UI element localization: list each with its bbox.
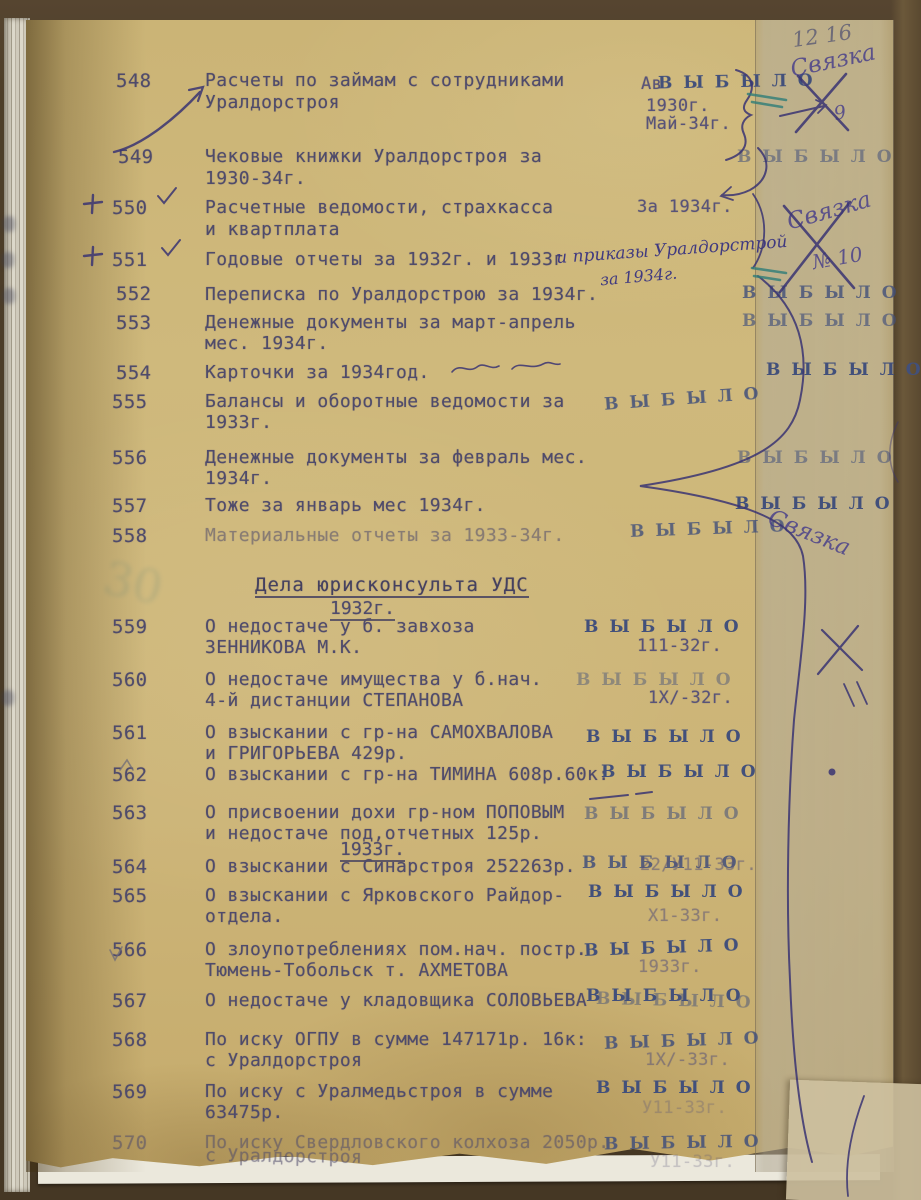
entry-number: 566 <box>112 939 148 961</box>
vybylo-stamp: ВЫБЫЛО <box>586 727 752 747</box>
entry-number: 564 <box>112 856 148 878</box>
vybylo-stamp: ВЫБЫЛО <box>596 1078 762 1098</box>
entry-line: Карточки за 1934год. <box>205 362 430 383</box>
date-line: 1930г. <box>646 96 710 116</box>
entry-line: О недостаче у б. завхоза <box>205 616 475 637</box>
entry-number: 559 <box>112 616 148 638</box>
entry-number: 554 <box>116 362 152 384</box>
entry-line: мес. 1934г. <box>205 333 329 354</box>
entry-line: О взыскании с Ярковского Райдор- <box>205 885 565 906</box>
vybylo-stamp-double: ВЫБЫЛО <box>596 989 762 1013</box>
entry-line: с Уралдорстроя <box>205 1050 362 1071</box>
date-line: 22/У11-33г. <box>640 855 757 875</box>
entry-line: отдела. <box>205 906 284 927</box>
date-line: За 1934г. <box>637 197 733 217</box>
entry-number: 561 <box>112 722 148 744</box>
entry-line: По иску с Уралмедьстроя в сумме <box>205 1081 553 1102</box>
entry-number: 565 <box>112 885 148 907</box>
date-line: У11-33г. <box>650 1152 735 1172</box>
vybylo-stamp: ВЫБЫЛО <box>604 1132 770 1155</box>
entry-line: Годовые отчеты за 1932г. и 1933г <box>205 249 565 270</box>
entry-line: О взыскании с Синарстроя 252263р. <box>205 856 576 877</box>
entry-line: Уралдорстроя <box>205 92 340 113</box>
date-line: 1933г. <box>638 957 702 977</box>
entry-number: 560 <box>112 669 148 691</box>
vybylo-stamp: ВЫБЫЛО <box>735 494 901 514</box>
date-line: X1-33г. <box>648 906 722 926</box>
entry-line: Тоже за январь мес 1934г. <box>205 495 486 516</box>
bleed-through-mark <box>3 288 15 304</box>
entry-line: Переписка по Уралдорстрою за 1934г. <box>205 284 598 305</box>
vybylo-stamp: ВЫБЫЛО <box>766 360 921 380</box>
entry-number: 569 <box>112 1081 148 1103</box>
entry-line: О взыскании с гр-на САМОХВАЛОВА <box>205 722 553 743</box>
tape-strip <box>755 20 894 1172</box>
entry-number: 551 <box>112 249 148 271</box>
date-line: Май-34г. <box>646 114 731 134</box>
entry-line: Расчетные ведомости, страхкасса <box>205 197 553 218</box>
entry-number: 550 <box>112 197 148 219</box>
entry-line: О взыскании с гр-на ТИМИНА 608р.60к: <box>205 764 610 785</box>
entry-line: Денежные документы за март-апрель <box>205 312 576 333</box>
vybylo-stamp: ВЫБЫЛО <box>737 147 903 167</box>
entry-line: О злоупотреблениях пом.нач. постр. <box>205 939 587 960</box>
date-line: У11-33г. <box>642 1098 727 1118</box>
entry-number: 552 <box>116 283 152 305</box>
vybylo-stamp: ВЫБЫЛО <box>737 448 903 468</box>
entry-line: с Уралдорстроя <box>205 1145 363 1168</box>
entry-line: Материальные отчеты за 1933-34г. <box>205 525 565 546</box>
entry-line: 1934г. <box>205 468 272 489</box>
vybylo-stamp: ВЫБЫЛО <box>584 617 750 637</box>
entry-number: 568 <box>112 1029 148 1051</box>
vybylo-stamp: ВЫБЫЛО <box>588 882 754 902</box>
entry-line: О присвоении дохи гр-ном ПОПОВЫМ <box>205 802 565 823</box>
bleed-through-mark <box>2 690 14 706</box>
entry-number: 562 <box>112 764 148 786</box>
entry-line: О недостаче имущества у б.нач. <box>205 669 542 690</box>
entry-line: и ГРИГОРЬЕВА 429р. <box>205 743 407 764</box>
entry-line: О недостаче у кладовщика СОЛОВЬЕВА <box>205 990 587 1011</box>
scanned-document-page: 30 548 Расчеты по займам с сотрудниками … <box>0 0 921 1200</box>
entry-line: Денежные документы за февраль мес. <box>205 447 587 468</box>
entry-line: 1933г. <box>205 412 272 433</box>
entry-line: 4-й дистанции СТЕПАНОВА <box>205 690 463 711</box>
vybylo-stamp: ВЫБЫЛО <box>601 762 767 782</box>
entry-line: Балансы и оборотные ведомости за <box>205 391 565 412</box>
vybylo-stamp: ВЫБЫЛО <box>742 283 908 303</box>
entry-line: Тюмень-Тобольск т. АХМЕТОВА <box>205 960 508 981</box>
entry-number: 567 <box>112 990 148 1012</box>
entry-line: 1930-34г. <box>205 168 306 189</box>
entry-number: 557 <box>112 495 148 517</box>
entry-number: 548 <box>116 70 152 92</box>
date-line: 111-32г. <box>637 636 722 656</box>
entry-line: 63475р. <box>205 1102 284 1123</box>
vybylo-stamp: ВЫБЫЛО <box>584 804 750 824</box>
entry-number: 558 <box>112 525 148 547</box>
entry-line: и квартплата <box>205 219 340 240</box>
entry-line: ЗЕННИКОВА М.К. <box>205 637 362 658</box>
bleed-through-mark <box>3 216 15 232</box>
date-line: 1X/-32г. <box>648 688 733 708</box>
entry-number: 555 <box>112 391 148 413</box>
entry-line: По иску ОГПУ в сумме 147171р. 16к: <box>205 1029 587 1050</box>
book-backing-edge <box>891 0 921 1200</box>
entry-line: Чековые книжки Уралдорстроя за <box>205 146 542 167</box>
entry-number: 553 <box>116 312 152 334</box>
entry-number: 549 <box>118 146 154 168</box>
section-title: Дела юрисконсульта УДС <box>255 574 529 598</box>
entry-number: 570 <box>112 1132 148 1154</box>
vybylo-stamp: ВЫБЫЛО <box>576 670 742 690</box>
bleed-through-mark <box>2 252 14 268</box>
entry-number: 556 <box>112 447 148 469</box>
entry-number: 563 <box>112 802 148 824</box>
entry-line: Расчеты по займам с сотрудниками <box>205 70 565 91</box>
tape-corner-piece <box>786 1080 921 1200</box>
date-line: 1X/-33г. <box>645 1050 730 1070</box>
vybylo-stamp: ВЫБЫЛО <box>742 311 908 331</box>
